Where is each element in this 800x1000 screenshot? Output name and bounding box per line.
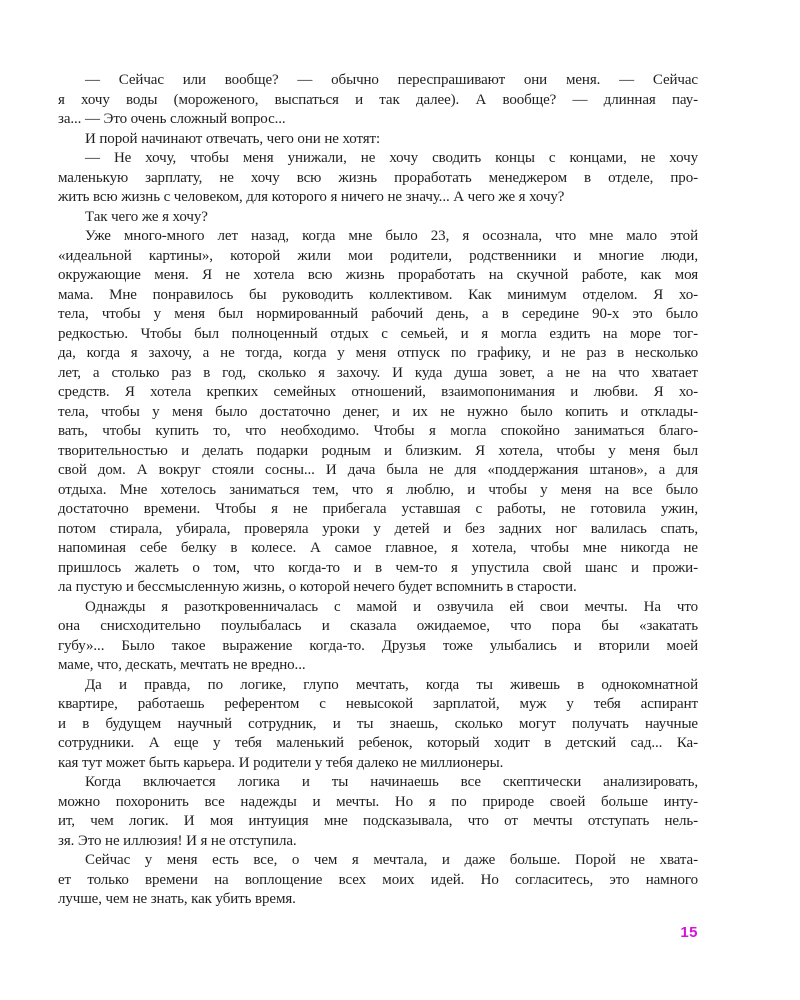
text-line: Да и правда, по логике, глупо мечтать, к…	[58, 676, 698, 696]
text-line: вать, чтобы купить то, что необходимо. Ч…	[58, 422, 698, 442]
paragraph: — Не хочу, чтобы меня унижали, не хочу с…	[58, 149, 698, 208]
text-line: лет, а столько раз в год, сколько я захо…	[58, 364, 698, 384]
text-line: напоминая себе белку в колесе. А самое г…	[58, 539, 698, 559]
text-line: она снисходительно поулыбалась и сказала…	[58, 617, 698, 637]
text-line: — Сейчас или вообще? — обычно переспраши…	[58, 71, 698, 91]
text-line: зя. Это не иллюзия! И я не отступила.	[58, 832, 698, 852]
text-line: тела, чтобы у меня был нормированный раб…	[58, 305, 698, 325]
text-line: маленькую зарплату, не хочу всю жизнь пр…	[58, 169, 698, 189]
text-line: средств. Я хотела крепких семейных отнош…	[58, 383, 698, 403]
paragraph: Да и правда, по логике, глупо мечтать, к…	[58, 676, 698, 774]
text-line: и в будущем научный сотрудник, и ты знае…	[58, 715, 698, 735]
text-line: маме, что, дескать, мечтать не вредно...	[58, 656, 698, 676]
text-line: Сейчас у меня есть все, о чем я мечтала,…	[58, 851, 698, 871]
paragraph: Уже много-много лет назад, когда мне был…	[58, 227, 698, 598]
paragraph: Однажды я разоткровенничалась с мамой и …	[58, 598, 698, 676]
text-line: тела, чтобы у меня было достаточно денег…	[58, 403, 698, 423]
text-line: ла пустую и бессмысленную жизнь, о котор…	[58, 578, 698, 598]
text-line: сотрудники. А еще у тебя маленький ребен…	[58, 734, 698, 754]
text-line: свой дом. А вокруг стояли сосны... И дач…	[58, 461, 698, 481]
text-line: Уже много-много лет назад, когда мне был…	[58, 227, 698, 247]
text-line: ит, чем логик. И моя интуиция мне подска…	[58, 812, 698, 832]
text-line: окружающие меня. Я не хотела всю жизнь п…	[58, 266, 698, 286]
text-line: Однажды я разоткровенничалась с мамой и …	[58, 598, 698, 618]
text-line: губу»... Было такое выражение когда-то. …	[58, 637, 698, 657]
text-line: Так чего же я хочу?	[58, 208, 698, 228]
text-line: редкостью. Чтобы был полноценный отдых с…	[58, 325, 698, 345]
text-line: жить всю жизнь с человеком, для которого…	[58, 188, 698, 208]
text-line: да, когда я захочу, а не тогда, когда у …	[58, 344, 698, 364]
paragraph: Когда включается логика и ты начинаешь в…	[58, 773, 698, 851]
book-page: — Сейчас или вообще? — обычно переспраши…	[0, 0, 800, 1000]
text-line: отдыха. Мне хотелось заниматься тем, что…	[58, 481, 698, 501]
paragraph: И порой начинают отвечать, чего они не х…	[58, 130, 698, 150]
text-line: я хочу воды (мороженого, выспаться и так…	[58, 91, 698, 111]
text-line: «идеальной картины», которой жили мои ро…	[58, 247, 698, 267]
text-line: И порой начинают отвечать, чего они не х…	[58, 130, 698, 150]
text-line: можно похоронить все надежды и мечты. Но…	[58, 793, 698, 813]
text-line: — Не хочу, чтобы меня унижали, не хочу с…	[58, 149, 698, 169]
text-line: квартире, работаешь референтом с невысок…	[58, 695, 698, 715]
text-line: пришлось жалеть о том, что когда-то и в …	[58, 559, 698, 579]
text-line: достаточно времени. Чтобы я не прибегала…	[58, 500, 698, 520]
page-number: 15	[680, 924, 698, 941]
text-line: творительностью и делать подарки родным …	[58, 442, 698, 462]
paragraph: Так чего же я хочу?	[58, 208, 698, 228]
text-line: Когда включается логика и ты начинаешь в…	[58, 773, 698, 793]
text-line: кая тут может быть карьера. И родители у…	[58, 754, 698, 774]
text-line: потом стирала, убирала, проверяла уроки …	[58, 520, 698, 540]
paragraph: — Сейчас или вообще? — обычно переспраши…	[58, 71, 698, 130]
text-line: за... — Это очень сложный вопрос...	[58, 110, 698, 130]
text-line: лучше, чем не знать, как убить время.	[58, 890, 698, 910]
text-block: — Сейчас или вообще? — обычно переспраши…	[58, 71, 698, 910]
text-line: мама. Мне понравилось бы руководить колл…	[58, 286, 698, 306]
text-line: ет только времени на воплощение всех мои…	[58, 871, 698, 891]
paragraph: Сейчас у меня есть все, о чем я мечтала,…	[58, 851, 698, 910]
